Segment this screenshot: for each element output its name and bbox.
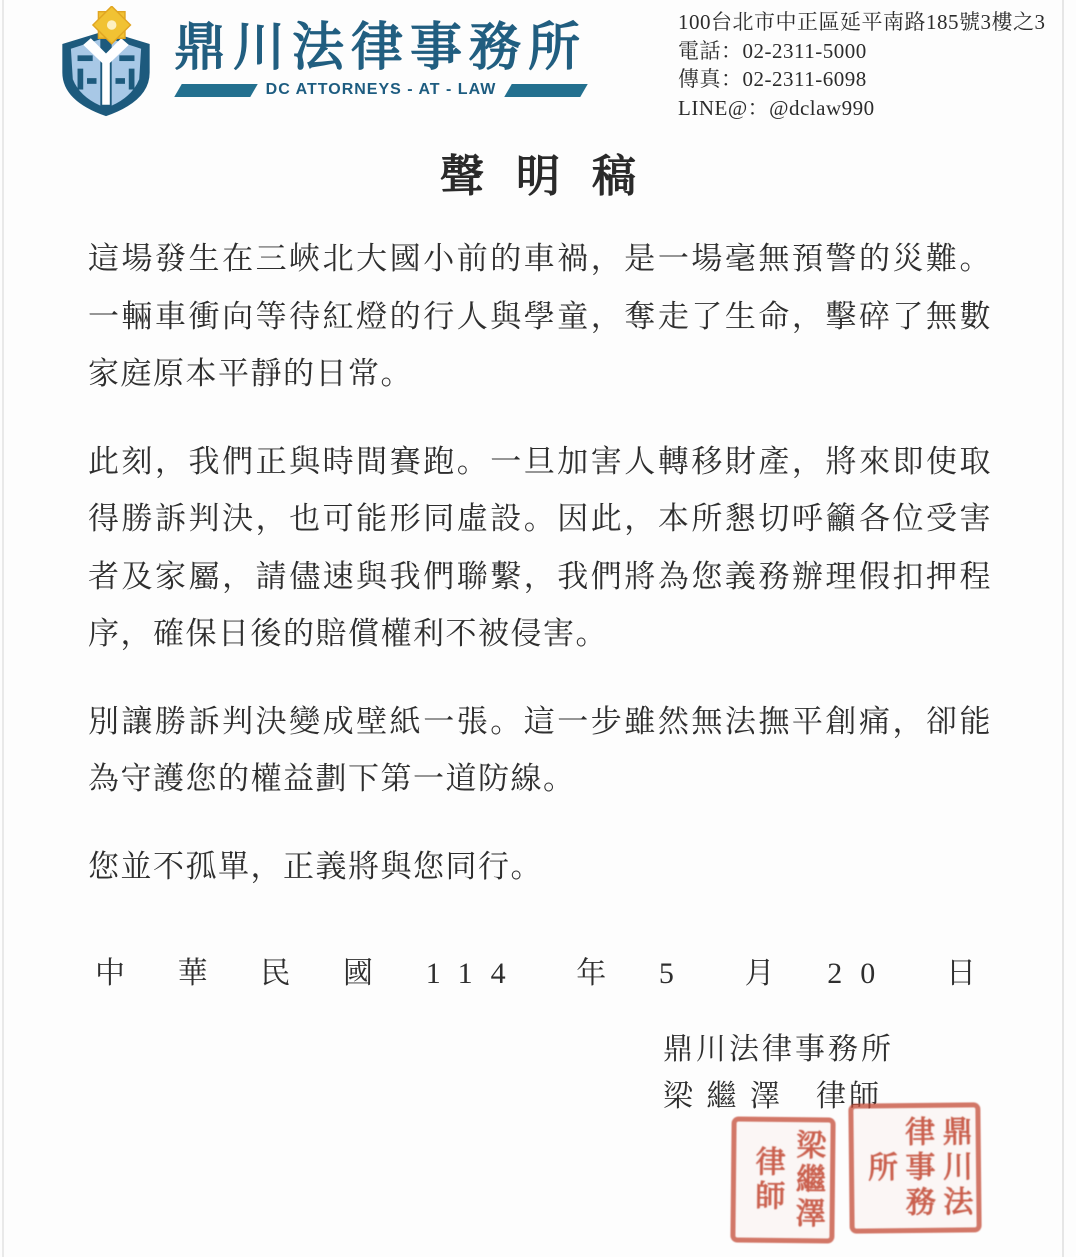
date-year: 114 [426,957,524,991]
statement-document-page: 鼎川法律事務所 DC ATTORNEYS - AT - LAW 100台北市中正… [0,0,1076,1257]
signature-firm: 鼎川法律事務所 [663,1026,894,1073]
contact-address: 100台北市中正區延平南路185號3樓之3 [678,8,1046,37]
date-part: 月 [745,948,775,992]
date-month: 5 [659,957,692,991]
date-part: 日 [946,948,976,992]
date-part: 國 [343,948,373,992]
firm-logo-shield-icon [50,6,162,118]
date-day: 20 [827,957,893,991]
date-part: 年 [576,948,606,992]
paragraph-4: 您並不孤單，正義將與您同行。 [88,838,992,896]
contact-info: 100台北市中正區延平南路185號3樓之3 電話：02-2311-5000 傳真… [678,8,1046,122]
letterhead-brand: 鼎川法律事務所 DC ATTORNEYS - AT - LAW [50,6,587,118]
paragraph-1: 這場發生在三峽北大國小前的車禍，是一場毫無預警的災難。一輛車衝向等待紅燈的行人與… [88,230,992,403]
contact-line: LINE@：@dclaw990 [678,94,1046,123]
paragraph-3: 別讓勝訴判決變成壁紙一張。這一步雖然無法撫平創痛，卻能為守護您的權益劃下第一道防… [88,693,992,808]
lawyer-seal-stamp: 梁繼澤律師 [730,1116,835,1243]
seal-stamps: 梁繼澤律師 鼎川法律事務所 [731,1103,981,1243]
document-title: 聲明稿 [0,140,1076,204]
contact-fax: 傳真：02-2311-6098 [678,65,1046,94]
paragraph-2: 此刻，我們正與時間賽跑。一旦加害人轉移財產，將來即使取得勝訴判決，也可能形同虛設… [88,433,992,663]
firm-seal-stamp: 鼎川法律事務所 [848,1102,981,1233]
brand-text: 鼎川法律事務所 DC ATTORNEYS - AT - LAW [174,20,587,99]
firm-name-zh: 鼎川法律事務所 [174,20,587,77]
ribbon-bar-left [174,84,257,97]
brand-ribbon: DC ATTORNEYS - AT - LAW [174,81,582,99]
date-line: 中 華 民 國 114 年 5 月 20 日 [95,948,976,992]
ribbon-bar-right [505,84,588,97]
date-part: 中 [95,948,125,992]
document-body: 這場發生在三峽北大國小前的車禍，是一場毫無預警的災難。一輛車衝向等待紅燈的行人與… [88,230,992,925]
star-icon [93,6,131,44]
date-part: 民 [260,948,290,992]
date-part: 華 [178,948,208,992]
contact-phone: 電話：02-2311-5000 [678,37,1046,66]
firm-name-en: DC ATTORNEYS - AT - LAW [266,81,497,99]
